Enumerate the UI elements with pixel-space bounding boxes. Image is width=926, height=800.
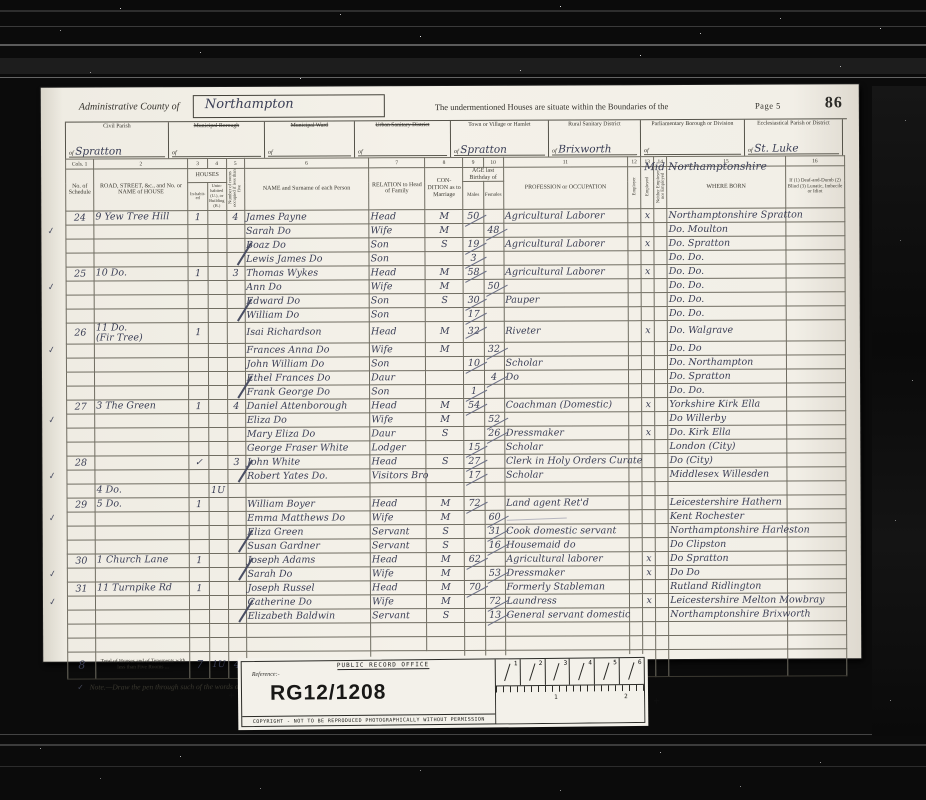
- column-number: 11: [503, 157, 628, 168]
- cell-rooms: [228, 581, 246, 595]
- cell-name: Sarah Do: [244, 223, 369, 238]
- cell-sch: [67, 470, 95, 484]
- cell-sch: [67, 386, 95, 400]
- cell-nei: [655, 509, 668, 523]
- cell-born: Do. Moulton: [667, 222, 786, 237]
- cell-rel: Head: [369, 321, 425, 342]
- cell-cond: M: [426, 412, 464, 426]
- cell-agef: 16: [485, 538, 505, 552]
- cell-uninh: [208, 455, 227, 469]
- cell-agef: [483, 237, 503, 251]
- cell-agef: [484, 482, 504, 496]
- cell-infirm: [786, 354, 845, 368]
- cell-road: [94, 343, 188, 357]
- crop-mark-icon: +: [653, 694, 660, 709]
- cell-rooms: [226, 224, 244, 238]
- cell-inh: 1: [190, 581, 209, 595]
- cell-name: Daniel Attenborough: [245, 398, 370, 413]
- margin-check-icon: ✓: [47, 281, 56, 293]
- cell-rel: Son: [370, 384, 426, 398]
- cell-agef: 4: [484, 370, 504, 384]
- cell-road: [94, 252, 188, 266]
- cell-rooms: [227, 371, 245, 385]
- cell-name: Edward Do: [245, 293, 370, 308]
- cell-agem: [464, 426, 484, 440]
- margin-check-icon: ✓: [48, 512, 57, 524]
- cell-sch: [68, 610, 96, 624]
- column-number: 7: [369, 158, 425, 168]
- cell-occ: [503, 222, 628, 237]
- cell-empd: [642, 467, 655, 481]
- cell-agem: 62: [465, 552, 485, 566]
- film-streak: [0, 766, 926, 767]
- cell-empd: [642, 481, 655, 495]
- field-label: Ecclesiastical Parish or District: [745, 119, 842, 127]
- cell-rooms: 4: [227, 399, 245, 413]
- cell-uninh: [209, 553, 228, 567]
- cell-inh: 1: [189, 399, 208, 413]
- field-label: Parliamentary Borough or Division: [641, 120, 744, 128]
- cell-occ: Riveter: [504, 320, 629, 341]
- field-value-line: of: [172, 141, 261, 157]
- cell-uninh: [208, 441, 227, 455]
- ruler-cm-cell: 1: [496, 659, 521, 685]
- cell-road: [95, 469, 189, 483]
- cell-rooms: [228, 483, 246, 497]
- cell-name: Catherine Do: [246, 594, 371, 609]
- header-houses-group: HOUSES: [188, 168, 226, 182]
- cell-emp: [628, 236, 641, 250]
- cell-emp: [629, 565, 642, 579]
- cell-cond: M: [426, 496, 464, 510]
- cell-occ: Do: [504, 369, 629, 384]
- cell-uninh: [208, 427, 227, 441]
- cell-infirm: [785, 221, 844, 235]
- cell-agem: 19: [463, 237, 483, 251]
- county-row: Administrative County of Northampton The…: [65, 92, 847, 121]
- cell-sch: 30: [67, 554, 95, 568]
- cell-agem: [465, 622, 485, 636]
- cell-name: Frances Anna Do: [245, 342, 370, 357]
- cell-infirm: [786, 424, 845, 438]
- header-road: ROAD, STREET, &c., and No. or NAME of HO…: [94, 169, 189, 211]
- cell-agem: [465, 510, 485, 524]
- cell-rooms: 4: [226, 210, 244, 224]
- cell-road: [95, 511, 189, 525]
- field-value: Spratton: [75, 145, 122, 157]
- cell-rooms: 3: [227, 266, 245, 280]
- totals-houses-label: Total of Houses and of Tenements with le…: [97, 659, 188, 671]
- cell-name: John White: [245, 454, 370, 469]
- cell-emp: [628, 355, 641, 369]
- cell-uninh: [209, 539, 228, 553]
- cell-born: Do. Do: [668, 341, 787, 356]
- cell-infirm: [787, 466, 846, 480]
- cell-agef: 72: [485, 594, 505, 608]
- cell-sch: [67, 484, 95, 498]
- film-streak: [0, 744, 926, 746]
- cell-sch: [66, 239, 94, 253]
- cell-infirm: [787, 480, 846, 494]
- cell-rel: Servant: [370, 524, 426, 538]
- column-number: 9: [463, 157, 483, 167]
- cell-nei: [654, 306, 667, 320]
- faint-scrawl: [506, 510, 566, 520]
- cell-cond: M: [427, 594, 465, 608]
- cell-inh: [188, 252, 207, 266]
- cell-agem: 54: [464, 398, 484, 412]
- pro-stamp: PUBLIC RECORD OFFICE Reference:- RG12/12…: [241, 657, 646, 727]
- cell-born: London (City): [668, 439, 787, 454]
- cell-empd: [642, 453, 655, 467]
- cell-nei: [655, 523, 668, 537]
- cell-sch: 29: [67, 498, 95, 512]
- cell-occ: [504, 383, 629, 398]
- cell-rel: Servant: [371, 608, 427, 622]
- cell-uninh: [207, 210, 226, 224]
- cell-emp: [629, 481, 642, 495]
- field-of-prefix: of: [358, 149, 363, 155]
- cell-rooms: [228, 553, 246, 567]
- totals-houses-label-cell: Total of Houses and of Tenements with le…: [96, 651, 190, 678]
- cell-born: Do Do: [669, 565, 788, 580]
- cell-uninh: [208, 399, 227, 413]
- cell-agef: [484, 468, 504, 482]
- cell-born: Middlesex Willesden: [668, 467, 787, 482]
- cell-born: Do. Spratton: [668, 369, 787, 384]
- cell-infirm: [786, 263, 845, 277]
- cell-rooms: [227, 441, 245, 455]
- cell-emp: [630, 621, 643, 635]
- cell-infirm: [787, 494, 846, 508]
- film-streak: [0, 58, 926, 74]
- cell-rel: Wife: [369, 279, 425, 293]
- cell-cond: S: [426, 426, 464, 440]
- cell-agef: 48: [483, 223, 503, 237]
- cell-sch: 25: [66, 267, 94, 281]
- pro-stamp-strip: + + PUBLIC RECORD OFFICE Reference:- RG1…: [238, 654, 649, 730]
- subheader-males: Males: [463, 182, 483, 209]
- cell-sch: 28: [67, 456, 95, 470]
- header-fields: Civil Parishof SprattonMunicipal Borough…: [65, 118, 847, 158]
- column-number: 2: [94, 159, 188, 169]
- cell-road: [95, 385, 189, 399]
- cell-rooms: [227, 252, 245, 266]
- cell-sch: [67, 512, 95, 526]
- cell-name: Robert Yates Do.: [246, 468, 371, 483]
- cell-nei: [654, 250, 667, 264]
- cell-agem: [465, 636, 485, 650]
- cell-uninh: [209, 497, 228, 511]
- cell-inh: [189, 413, 208, 427]
- cell-uninh: [209, 609, 228, 623]
- page-number: Page 5: [755, 101, 781, 111]
- cell-rooms: [228, 637, 246, 651]
- cell-sch: 26: [66, 323, 94, 344]
- cell-rel: Son: [369, 293, 425, 307]
- cell-name: James Payne: [244, 209, 369, 224]
- cell-uninh: [208, 413, 227, 427]
- census-rows: 249 Yew Tree Hill14James PayneHeadM50Agr…: [66, 207, 847, 651]
- cell-road: [95, 525, 189, 539]
- field-value-line: of St. Luke: [748, 138, 839, 154]
- cell-cond: M: [427, 580, 465, 594]
- ruler-tick: [628, 662, 634, 679]
- cell-cond: M: [427, 566, 465, 580]
- cell-emp: [629, 439, 642, 453]
- cell-agef: [484, 440, 504, 454]
- cell-agef: 52: [484, 412, 504, 426]
- cell-uninh: [209, 595, 228, 609]
- cell-empd: [643, 607, 656, 621]
- cell-cond: S: [425, 237, 463, 251]
- film-speckles: [0, 0, 1, 1]
- cell-rooms: [227, 343, 245, 357]
- cell-inh: 1: [190, 553, 209, 567]
- cell-infirm: [786, 368, 845, 382]
- cell-agef: [484, 356, 504, 370]
- film-streak: [0, 26, 926, 27]
- cell-occ: [505, 635, 630, 650]
- cell-inh: [189, 371, 208, 385]
- cell-infirm: [787, 564, 846, 578]
- cell-occ: Dressmaker: [504, 425, 629, 440]
- cell-born: Northamptonshire Brixworth: [669, 607, 788, 622]
- film-streak: [0, 44, 926, 46]
- cell-occ: [504, 411, 629, 426]
- cell-emp: [628, 250, 641, 264]
- cell-rooms: [226, 238, 244, 252]
- cell-road: [94, 224, 188, 238]
- cell-cond: M: [426, 342, 464, 356]
- margin-check-icon: ✓: [47, 414, 56, 426]
- field-of-prefix: of: [172, 150, 177, 156]
- cell-emp: [629, 397, 642, 411]
- cell-occ: Formerly Stableman: [505, 579, 630, 594]
- header-occupation: PROFESSION or OCCUPATION: [503, 167, 628, 209]
- cell-emp: [628, 306, 641, 320]
- cell-nei: [655, 383, 668, 397]
- cell-rooms: [228, 511, 246, 525]
- cell-emp: [628, 320, 641, 341]
- cell-emp: [629, 495, 642, 509]
- cell-uninh: [207, 252, 226, 266]
- cell-name: Joseph Adams: [246, 552, 371, 567]
- cell-empd: x: [641, 264, 654, 278]
- header-field-0: Civil Parishof Spratton: [65, 122, 169, 158]
- cell-rooms: 3: [227, 455, 245, 469]
- cell-agef: [485, 552, 505, 566]
- cell-road: 5 Do.: [95, 497, 189, 511]
- cell-infirm: [786, 305, 845, 319]
- cell-sch: [67, 568, 95, 582]
- cell-empd: [642, 579, 655, 593]
- cell-uninh: [208, 343, 227, 357]
- cell-born: Kent Rochester: [668, 509, 787, 524]
- cell-road: 9 Yew Tree Hill: [94, 210, 188, 224]
- cell-infirm: [786, 277, 845, 291]
- cell-occ: [504, 278, 629, 293]
- cell-road: [96, 637, 190, 651]
- cell-sch: 31: [67, 582, 95, 596]
- cell-born: [669, 621, 788, 636]
- cell-empd: [642, 523, 655, 537]
- cell-name: Ann Do: [245, 279, 370, 294]
- ruler-cm-number: 1: [514, 660, 518, 667]
- cell-infirm: [786, 235, 845, 249]
- cell-road: [95, 357, 189, 371]
- cell-rel: Lodger: [370, 440, 426, 454]
- cell-agem: 72: [464, 496, 484, 510]
- cell-road: [95, 567, 189, 581]
- cell-occ: Coachman (Domestic): [504, 397, 629, 412]
- field-value: Spratton: [460, 144, 507, 156]
- cell-rooms: [227, 413, 245, 427]
- cell-uninh: [208, 280, 227, 294]
- cell-agef: [484, 307, 504, 321]
- pro-reference-number: RG12/1208: [270, 681, 387, 706]
- cell-cond: [426, 440, 464, 454]
- cell-infirm: [786, 249, 845, 263]
- margin-check-icon: ✓: [46, 225, 55, 237]
- field-value: Brixworth: [558, 143, 611, 155]
- ruler-cm-cell: 5: [595, 658, 620, 684]
- cell-road: [96, 623, 190, 637]
- cell-inh: [189, 441, 208, 455]
- cell-agef: 50: [484, 279, 504, 293]
- cell-road: [96, 595, 190, 609]
- cell-emp: [629, 383, 642, 397]
- cell-rooms: [227, 322, 245, 343]
- cell-uninh: [207, 238, 226, 252]
- cell-agem: 17: [464, 307, 484, 321]
- cell-born: [669, 635, 788, 650]
- cell-infirm: [786, 340, 845, 354]
- cell-nei: [655, 425, 668, 439]
- cell-agef: [484, 398, 504, 412]
- cell-rel: [371, 636, 427, 650]
- cell-inh: [190, 595, 209, 609]
- cell-born: Rutland Ridlington: [669, 579, 788, 594]
- cell-name: Susan Gardner: [246, 538, 371, 553]
- cell-emp: [628, 264, 641, 278]
- cell-rel: Son: [369, 251, 425, 265]
- cell-rel: Wife: [370, 566, 426, 580]
- cell-empd: [641, 292, 654, 306]
- cell-cond: [426, 356, 464, 370]
- cell-born: Do. Kirk Ella: [668, 425, 787, 440]
- cell-rel: Son: [369, 237, 425, 251]
- cell-sch: [67, 596, 95, 610]
- cell-agef: [485, 580, 505, 594]
- cell-name: Mary Eliza Do: [245, 426, 370, 441]
- subheader-uninhabited: Unin-habited (U.), or Building (B.): [207, 183, 226, 210]
- column-number: 3: [188, 159, 207, 169]
- cell-cond: S: [425, 293, 463, 307]
- cell-rel: Son: [369, 307, 425, 321]
- cell-infirm: [787, 550, 846, 564]
- cell-sch: 24: [66, 211, 94, 225]
- cell-cond: M: [425, 265, 463, 279]
- cell-empd: x: [641, 320, 654, 341]
- cell-empd: x: [642, 425, 655, 439]
- cell-empd: [643, 621, 656, 635]
- cell-inh: [189, 483, 208, 497]
- cell-cond: M: [425, 209, 463, 223]
- cell-rel: Daur: [370, 370, 426, 384]
- cell-empd: x: [642, 565, 655, 579]
- cell-nei: [654, 264, 667, 278]
- cell-nei: [655, 397, 668, 411]
- cell-cond: M: [426, 510, 464, 524]
- cell-cond: S: [427, 538, 465, 552]
- cell-inh: [190, 539, 209, 553]
- film-streak: [0, 77, 926, 78]
- cell-empd: [643, 635, 656, 649]
- cell-nei: [654, 278, 667, 292]
- cell-inh: [189, 343, 208, 357]
- cell-emp: [629, 411, 642, 425]
- cell-agef: 32: [484, 342, 504, 356]
- cell-nei: [654, 320, 667, 341]
- cell-inh: [189, 469, 208, 483]
- cell-name: Elizabeth Baldwin: [246, 608, 371, 623]
- cell-rel: Son: [370, 356, 426, 370]
- header-schedule: No. of Schedule: [66, 169, 94, 211]
- cell-occ: Agricultural laborer: [505, 551, 630, 566]
- cell-inh: [188, 238, 207, 252]
- cell-road: [95, 413, 189, 427]
- header-field-4: Town or Village or Hamletof Spratton: [451, 121, 549, 157]
- field-label: Municipal Borough: [169, 122, 264, 130]
- cell-occ: Land agent Ret'd: [505, 495, 630, 510]
- cell-empd: [641, 306, 654, 320]
- cell-cond: S: [426, 454, 464, 468]
- subheader-inhabited: In-habit-ed: [188, 183, 207, 210]
- cell-nei: [656, 635, 669, 649]
- header-rooms: Number of rooms occupied if less than fi…: [226, 168, 244, 210]
- cell-nei: [656, 607, 669, 621]
- cell-born: Leicestershire Hathern: [668, 495, 787, 510]
- cell-road: [94, 308, 188, 322]
- cell-empd: [642, 439, 655, 453]
- cell-nei: [654, 292, 667, 306]
- film-edge: [872, 86, 926, 736]
- folio-stamp: 86: [825, 94, 843, 112]
- cell-occ: Scholar: [504, 467, 629, 482]
- cell-road: 4 Do.: [95, 483, 189, 497]
- cell-road: [95, 441, 189, 455]
- cell-emp: [629, 551, 642, 565]
- cell-nei: [656, 593, 669, 607]
- cell-occ: Pauper: [504, 292, 629, 307]
- cell-cond: M: [427, 552, 465, 566]
- cell-nei: [656, 621, 669, 635]
- cell-sch: [66, 281, 94, 295]
- cell-nei: [655, 411, 668, 425]
- cell-rel: Visitors Bro: [370, 468, 426, 482]
- cell-agef: [484, 265, 504, 279]
- column-number: 5: [226, 158, 244, 168]
- cell-occ: [504, 341, 629, 356]
- cell-empd: [642, 509, 655, 523]
- cell-infirm: [786, 319, 845, 340]
- cell-cond: [427, 636, 465, 650]
- cell-rel: Head: [369, 209, 425, 223]
- total-inhabited: 7: [190, 651, 209, 678]
- cell-inh: [189, 357, 208, 371]
- cell-emp: [630, 593, 643, 607]
